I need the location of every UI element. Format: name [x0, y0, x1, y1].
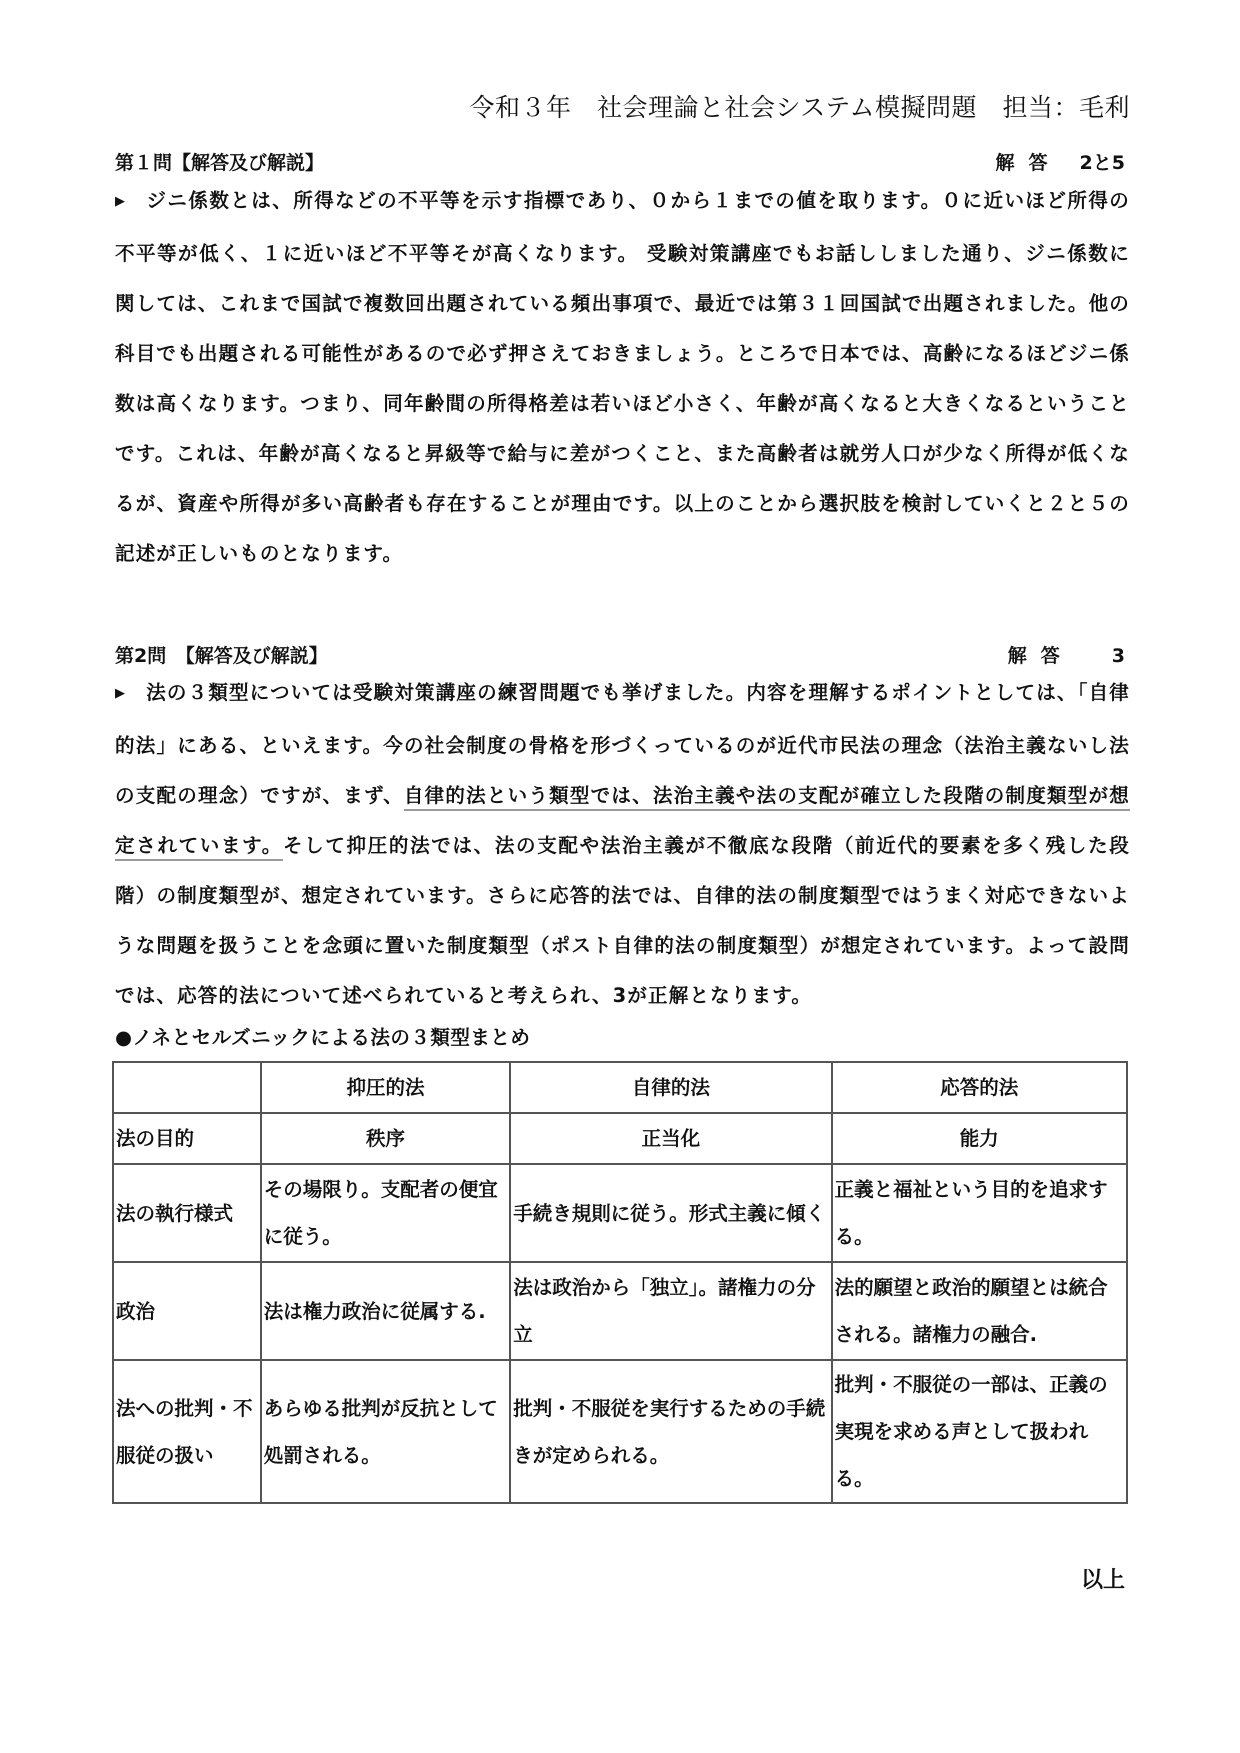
document-header-title: 令和３年 社会理論と社会システム模擬問題 担当：毛利	[469, 88, 1130, 124]
row-label: 法への批判・不服従の扱い	[113, 1360, 261, 1503]
question-2-heading-row: 第2問 【解答及び解説】 解答3	[115, 641, 1125, 668]
table-cell: 法は権力政治に従属する.	[261, 1262, 511, 1360]
table-row: 法への批判・不服従の扱い あらゆる批判が反抗として処罰される。 批判・不服従を実…	[113, 1360, 1127, 1503]
table-corner-cell	[113, 1062, 261, 1113]
table-cell: 正義と福祉という目的を追求する。	[832, 1164, 1127, 1262]
table-cell: 能力	[832, 1113, 1127, 1164]
question-2-answer: 解答3	[1008, 641, 1125, 668]
summary-title: ●ノネとセルズニックによる法の３類型まとめ	[115, 1022, 530, 1050]
question-1-explanation: ▶ジニ係数とは、所得などの不平等を示す指標であり、０から１までの値を取ります。０…	[115, 176, 1130, 579]
answer-label: 解答	[996, 152, 1062, 174]
law-types-table: 抑圧的法 自律的法 応答的法 法の目的 秩序 正当化 能力 法の執行様式 その場…	[112, 1061, 1128, 1504]
table-header-row: 抑圧的法 自律的法 応答的法	[113, 1062, 1127, 1113]
table-row: 政治 法は権力政治に従属する. 法は政治から「独立」。諸権力の分立 法的願望と政…	[113, 1262, 1127, 1360]
table-cell: その場限り。支配者の便宜に従う。	[261, 1164, 511, 1262]
table-cell: 批判・不服従の一部は、正義の実現を求める声として扱われる。	[832, 1360, 1127, 1503]
closing-mark: 以上	[1081, 1563, 1125, 1594]
table-cell: 手続き規則に従う。形式主義に傾く	[510, 1164, 831, 1262]
question-1-answer: 解答2と5	[996, 148, 1125, 175]
question-2-body-part2: そして抑圧的法では、法の支配や法治主義が不徹底な段階（前近代的要素を多く残した段…	[115, 834, 1130, 1007]
bullet-triangle-icon: ▶	[115, 194, 126, 209]
row-label: 政治	[113, 1262, 261, 1360]
table-row: 法の目的 秩序 正当化 能力	[113, 1113, 1127, 1164]
table-cell: 批判・不服従を実行するための手続きが定められる。	[510, 1360, 831, 1503]
table-cell: 法的願望と政治的願望とは統合される。諸権力の融合.	[832, 1262, 1127, 1360]
table-cell: 正当化	[510, 1113, 831, 1164]
answer-label: 解答	[1008, 645, 1074, 667]
table-cell: あらゆる批判が反抗として処罰される。	[261, 1360, 511, 1503]
question-2-heading: 第2問 【解答及び解説】	[115, 641, 328, 668]
column-header-autonomous: 自律的法	[510, 1062, 831, 1113]
row-label: 法の執行様式	[113, 1164, 261, 1262]
table-cell: 秩序	[261, 1113, 511, 1164]
column-header-responsive: 応答的法	[832, 1062, 1127, 1113]
row-label: 法の目的	[113, 1113, 261, 1164]
answer-value: 2と5	[1080, 152, 1125, 174]
question-1-heading-row: 第１問【解答及び解説】 解答2と5	[115, 148, 1125, 175]
table-cell: 法は政治から「独立」。諸権力の分立	[510, 1262, 831, 1360]
question-2-explanation: ▶法の３類型については受験対策講座の練習問題でも挙げました。内容を理解するポイン…	[115, 668, 1130, 1021]
column-header-repressive: 抑圧的法	[261, 1062, 511, 1113]
answer-value: 3	[1112, 645, 1125, 667]
question-1-heading: 第１問【解答及び解説】	[115, 148, 324, 175]
question-1-body: ジニ係数とは、所得などの不平等を示す指標であり、０から１までの値を取ります。０に…	[115, 189, 1130, 565]
table-row: 法の執行様式 その場限り。支配者の便宜に従う。 手続き規則に従う。形式主義に傾く…	[113, 1164, 1127, 1262]
bullet-triangle-icon: ▶	[115, 686, 126, 701]
